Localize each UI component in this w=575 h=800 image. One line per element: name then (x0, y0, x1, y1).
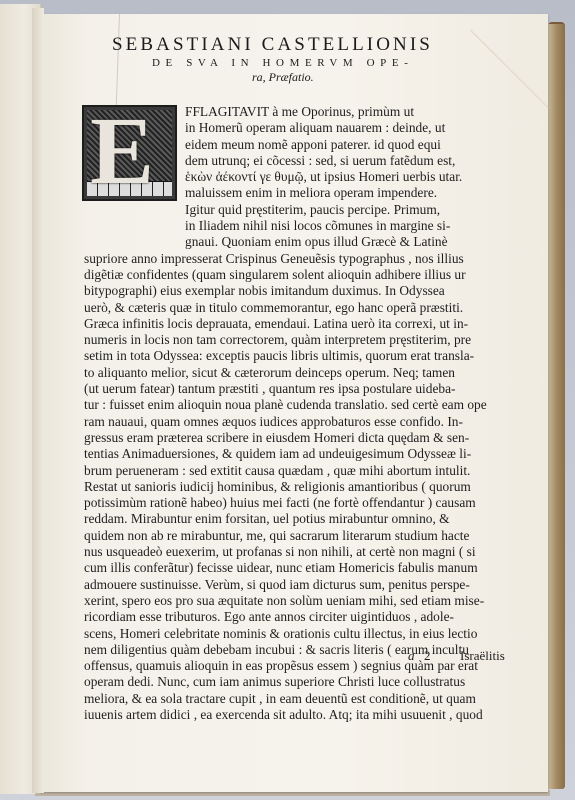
text-line: digẽtiæ confidentes (quam singularem sol… (84, 267, 524, 283)
text-line: FFLAGITAVIT à me Oporinus, primùm ut (84, 104, 524, 120)
text-line: tur : fuisset enim alioquin noua planè c… (84, 397, 524, 413)
text-line: to aliquanto melior, sicut & cæterorum d… (84, 365, 524, 381)
text-line: nus usqueadeò euexerim, ut profanas si n… (84, 544, 524, 560)
text-line: cum illis conferãtur) fecisse uidear, nu… (84, 560, 524, 576)
signature-number: 2 (424, 648, 431, 664)
text-line: in Homerũ operam aliquam nauarem : deind… (84, 120, 524, 136)
text-line: uerò, & cæteris quæ in titulo commemoran… (84, 300, 524, 316)
title-line-1: SEBASTIANI CASTELLIONIS (112, 34, 432, 56)
text-line: operam dedi. Nunc, cum iam animus superi… (84, 674, 524, 690)
text-line: iuuenis artem didici , ea exercenda sit … (84, 707, 524, 723)
text-line: quidem non ab re mirabuntur, me, qui sac… (84, 528, 524, 544)
text-line: potissimùm rationẽ habeo) huius mei fact… (84, 495, 524, 511)
text-line: bitypographi) eius exemplar nobis imitan… (84, 283, 524, 299)
text-line: offensus, quamuis alioquin in eas propẽs… (84, 658, 524, 674)
text-line: nem diligentius quàm debebam incubui : &… (84, 642, 524, 658)
text-line: ricordiam esse tributuros. Ego ante anno… (84, 609, 524, 625)
text-line: brum perueneram : sed extitit causa quæd… (84, 463, 524, 479)
text-line: supriore anno impresserat Crispinus Gene… (84, 251, 524, 267)
text-line: ἑκὼν ἀέκοντί γε θυμῷ, ut ipsius Homeri u… (84, 169, 524, 185)
text-line: xerint, spero eos pro sua æquitate non s… (84, 593, 524, 609)
catchword: Israëlitis (460, 648, 505, 664)
text-line: Restat ut sanioris iudicij hominibus, & … (84, 479, 524, 495)
text-line: setim in tota Odyssea: exceptis paucis l… (84, 348, 524, 364)
gutter (32, 8, 44, 793)
page-heading: SEBASTIANI CASTELLIONIS DE SVA IN HOMERV… (112, 34, 432, 84)
text-line: admouere sustinuisse. Verùm, si quod iam… (84, 577, 524, 593)
text-line: ram nauaui, quam omnes æquos iudices app… (84, 414, 524, 430)
text-line: (ut uerum fatear) tantum præstiti , quan… (84, 381, 524, 397)
text-line: tentias Animaduersiones, & quidem iam ad… (84, 446, 524, 462)
text-line: gressus eram præterea scribere in eiusde… (84, 430, 524, 446)
book-fore-edge (548, 24, 565, 789)
text-line: maluissem enim in meliora operam impende… (84, 185, 524, 201)
text-line: scens, Homeri celebritate nominis & orat… (84, 626, 524, 642)
text-line: eidem meum nomẽ apponi paterer. id quod … (84, 137, 524, 153)
title-line-3: ra, Præfatio. (252, 70, 432, 84)
body-text: FFLAGITAVIT à me Oporinus, primùm ut in … (84, 104, 524, 723)
text-line: Græca infinitis locis deprauata, emendau… (84, 316, 524, 332)
text-line: meliora, & ea sola tractare cupit , in e… (84, 691, 524, 707)
text-line: gnaui. Quoniam enim opus illud Græcè & L… (84, 234, 524, 250)
text-line: numeris in locis non tam correctorem, qu… (84, 332, 524, 348)
text-line: in Iliadem nihil nisi locos cõmunes in m… (84, 218, 524, 234)
text-line: reddam. Mirabuntur enim forsitan, uel po… (84, 511, 524, 527)
signature-mark: a (408, 648, 415, 664)
text-line: Igitur quid pręstiterim, paucis percipe.… (84, 202, 524, 218)
title-line-2: DE SVA IN HOMERVM OPE- (152, 56, 432, 70)
text-line: dem utrunq; ei cõcessi : sed, si uerum f… (84, 153, 524, 169)
